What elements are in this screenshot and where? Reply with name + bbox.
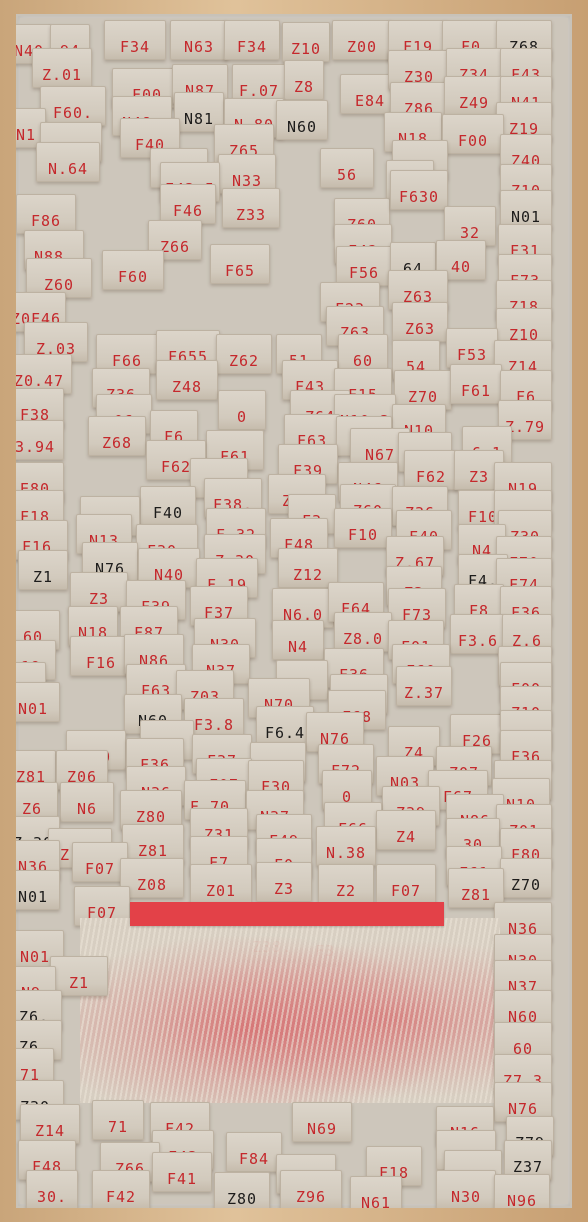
laundry-tag: F41 bbox=[152, 1152, 212, 1192]
laundry-tag: F10 bbox=[334, 508, 392, 548]
tag-code: F00 bbox=[458, 132, 488, 150]
tag-code: N61 bbox=[361, 1194, 391, 1208]
tag-code: Z3 bbox=[274, 880, 294, 898]
laundry-tag: F42 bbox=[92, 1170, 150, 1208]
laundry-tag: F34 bbox=[104, 20, 166, 60]
tag-code: F07 bbox=[85, 860, 115, 878]
tag-code: Z1 bbox=[69, 974, 89, 992]
tag-code: F62 bbox=[161, 458, 191, 476]
tag-code: N4 bbox=[288, 638, 308, 656]
laundry-tag: F86 bbox=[16, 194, 76, 234]
laundry-tag: F630 bbox=[390, 170, 448, 210]
artwork-surface: N4094F34N63F34Z10Z00F19F0Z68Z.01F00N87F.… bbox=[16, 14, 572, 1208]
laundry-tag: Z3 bbox=[256, 862, 312, 902]
tag-code: Z14 bbox=[35, 1122, 65, 1140]
tag-code: F84 bbox=[239, 1150, 269, 1168]
laundry-tag: Z14 bbox=[20, 1104, 80, 1144]
tag-code: F65 bbox=[225, 262, 255, 280]
tag-code: Z48 bbox=[172, 378, 202, 396]
laundry-tag: N4 bbox=[272, 620, 324, 660]
laundry-tag: Z10 bbox=[282, 22, 330, 62]
tag-code: F46 bbox=[173, 202, 203, 220]
laundry-tag: F53 bbox=[446, 328, 498, 368]
laundry-tag: F60. bbox=[40, 86, 106, 126]
laundry-tag: F07 bbox=[376, 864, 436, 904]
laundry-tag: Z1 bbox=[18, 550, 68, 590]
tag-code: Z80 bbox=[227, 1190, 257, 1208]
tag-code: F41 bbox=[167, 1170, 197, 1188]
tag-code: F10 bbox=[348, 526, 378, 544]
laundry-tag: N69 bbox=[292, 1102, 352, 1142]
laundry-tag: Z2 bbox=[318, 864, 374, 904]
laundry-tag: N30 bbox=[436, 1170, 496, 1208]
laundry-tag: N.38 bbox=[316, 826, 376, 866]
tag-code: N30 bbox=[451, 1188, 481, 1206]
tag-code: N63 bbox=[184, 38, 214, 56]
laundry-tag: N6 bbox=[60, 782, 114, 822]
tag-code: N01 bbox=[18, 700, 48, 718]
tag-code: Z96 bbox=[296, 1188, 326, 1206]
tag-code: Z66 bbox=[160, 238, 190, 256]
laundry-tag: N01 bbox=[16, 870, 60, 910]
tag-code: N96 bbox=[507, 1192, 537, 1208]
tag-code: Z81 bbox=[461, 886, 491, 904]
tag-code: N01 bbox=[20, 948, 50, 966]
laundry-tag: Z49 bbox=[444, 76, 504, 116]
tag-code: Z08 bbox=[137, 876, 167, 894]
laundry-tag: Z01 bbox=[190, 864, 252, 904]
tag-code: N69 bbox=[307, 1120, 337, 1138]
laundry-tag: F34 bbox=[224, 20, 280, 60]
laundry-tag: F40 bbox=[140, 486, 196, 526]
tag-code: F40 bbox=[153, 504, 183, 522]
tag-collage: N4094F34N63F34Z10Z00F19F0Z68Z.01F00N87F.… bbox=[20, 18, 568, 1204]
laundry-tag: Z00 bbox=[332, 20, 392, 60]
tag-code: N6 bbox=[77, 800, 97, 818]
tag-code: Z49 bbox=[459, 94, 489, 112]
tag-code: F60 bbox=[118, 268, 148, 286]
frayed-threads bbox=[80, 918, 500, 1103]
laundry-tag: Z80 bbox=[214, 1172, 270, 1208]
tag-code: Z63 bbox=[405, 320, 435, 338]
tag-code: Z12 bbox=[293, 566, 323, 584]
tag-code: F60. bbox=[53, 104, 93, 122]
laundry-tag: F65 bbox=[210, 244, 270, 284]
laundry-tag: 0 bbox=[218, 390, 266, 430]
laundry-tag: Z4 bbox=[376, 810, 436, 850]
laundry-tag: F56 bbox=[336, 246, 392, 286]
tag-code: N81 bbox=[184, 110, 214, 128]
laundry-tag: F16 bbox=[70, 636, 132, 676]
tag-code: 30. bbox=[37, 1188, 67, 1206]
tag-code: Z70 bbox=[511, 876, 541, 894]
laundry-tag: F46 bbox=[160, 184, 216, 224]
tag-code: 0 bbox=[237, 408, 247, 426]
laundry-tag: 30. bbox=[26, 1170, 78, 1208]
tag-code: 71 bbox=[108, 1118, 128, 1136]
wooden-frame: N4094F34N63F34Z10Z00F19F0Z68Z.01F00N87F.… bbox=[0, 0, 588, 1222]
tag-code: F56 bbox=[349, 264, 379, 282]
red-fabric-band bbox=[130, 902, 444, 926]
tag-code: F630 bbox=[399, 188, 439, 206]
tag-code: Z2 bbox=[336, 882, 356, 900]
tag-code: F61 bbox=[461, 382, 491, 400]
laundry-tag: Z8.0 bbox=[334, 612, 392, 652]
tag-code: Z01 bbox=[206, 882, 236, 900]
laundry-tag: N01 bbox=[16, 682, 60, 722]
tag-code: 56 bbox=[337, 166, 357, 184]
tag-code: F62 bbox=[416, 468, 446, 486]
laundry-tag: F60 bbox=[102, 250, 164, 290]
laundry-tag: Z70 bbox=[500, 858, 552, 898]
tag-code: N60 bbox=[287, 118, 317, 136]
laundry-tag: Z68 bbox=[88, 416, 146, 456]
laundry-tag: 56 bbox=[320, 148, 374, 188]
tag-code: F16 bbox=[86, 654, 116, 672]
tag-code: F3.6 bbox=[458, 632, 498, 650]
laundry-tag: Z.01 bbox=[32, 48, 92, 88]
tag-code: Z8 bbox=[294, 78, 314, 96]
laundry-tag: Z62 bbox=[216, 334, 272, 374]
tag-code: Z4 bbox=[396, 828, 416, 846]
laundry-tag: 3.94 bbox=[16, 420, 64, 460]
tag-code: Z.01 bbox=[42, 66, 82, 84]
tag-code: N1 bbox=[16, 126, 36, 144]
tag-code: Z8.0 bbox=[343, 630, 383, 648]
tag-code: Z68 bbox=[102, 434, 132, 452]
tag-code: F86 bbox=[31, 212, 61, 230]
tag-code: Z.37 bbox=[404, 684, 444, 702]
laundry-tag: F61 bbox=[450, 364, 502, 404]
tag-code: N.38 bbox=[326, 844, 366, 862]
laundry-tag: 71 bbox=[92, 1100, 144, 1140]
laundry-tag: F84 bbox=[226, 1132, 282, 1172]
tag-code: Z00 bbox=[347, 38, 377, 56]
laundry-tag: Z96 bbox=[280, 1170, 342, 1208]
laundry-tag: Z48 bbox=[156, 360, 218, 400]
laundry-tag: F00 bbox=[442, 114, 504, 154]
laundry-tag: N63 bbox=[170, 20, 228, 60]
tag-code: 3.94 bbox=[16, 438, 55, 456]
tag-code: N.64 bbox=[48, 160, 88, 178]
tag-code: F3.8 bbox=[194, 716, 234, 734]
tag-code: Z1 bbox=[33, 568, 53, 586]
tag-code: N01 bbox=[18, 888, 48, 906]
laundry-tag: Z8 bbox=[284, 60, 324, 100]
tag-code: F6.4 bbox=[265, 724, 305, 742]
tag-code: Z10 bbox=[291, 40, 321, 58]
tag-code: Z62 bbox=[229, 352, 259, 370]
laundry-tag: N96 bbox=[494, 1174, 550, 1208]
laundry-tag: N.64 bbox=[36, 142, 100, 182]
tag-code: F53 bbox=[457, 346, 487, 364]
tag-code: F34 bbox=[237, 38, 267, 56]
tag-code: Z33 bbox=[236, 206, 266, 224]
tag-code: F34 bbox=[120, 38, 150, 56]
laundry-tag: F62 bbox=[404, 450, 458, 490]
tag-code: F42 bbox=[106, 1188, 136, 1206]
laundry-tag: Z33 bbox=[222, 188, 280, 228]
tag-code: Z3 bbox=[469, 468, 489, 486]
laundry-tag: N61 bbox=[350, 1176, 402, 1208]
tag-code: 40 bbox=[451, 258, 471, 276]
laundry-tag: Z63 bbox=[392, 302, 448, 342]
laundry-tag: Z.37 bbox=[396, 666, 452, 706]
laundry-tag: N60 bbox=[276, 100, 328, 140]
tag-code: E84 bbox=[355, 92, 385, 110]
tag-code: F07 bbox=[391, 882, 421, 900]
